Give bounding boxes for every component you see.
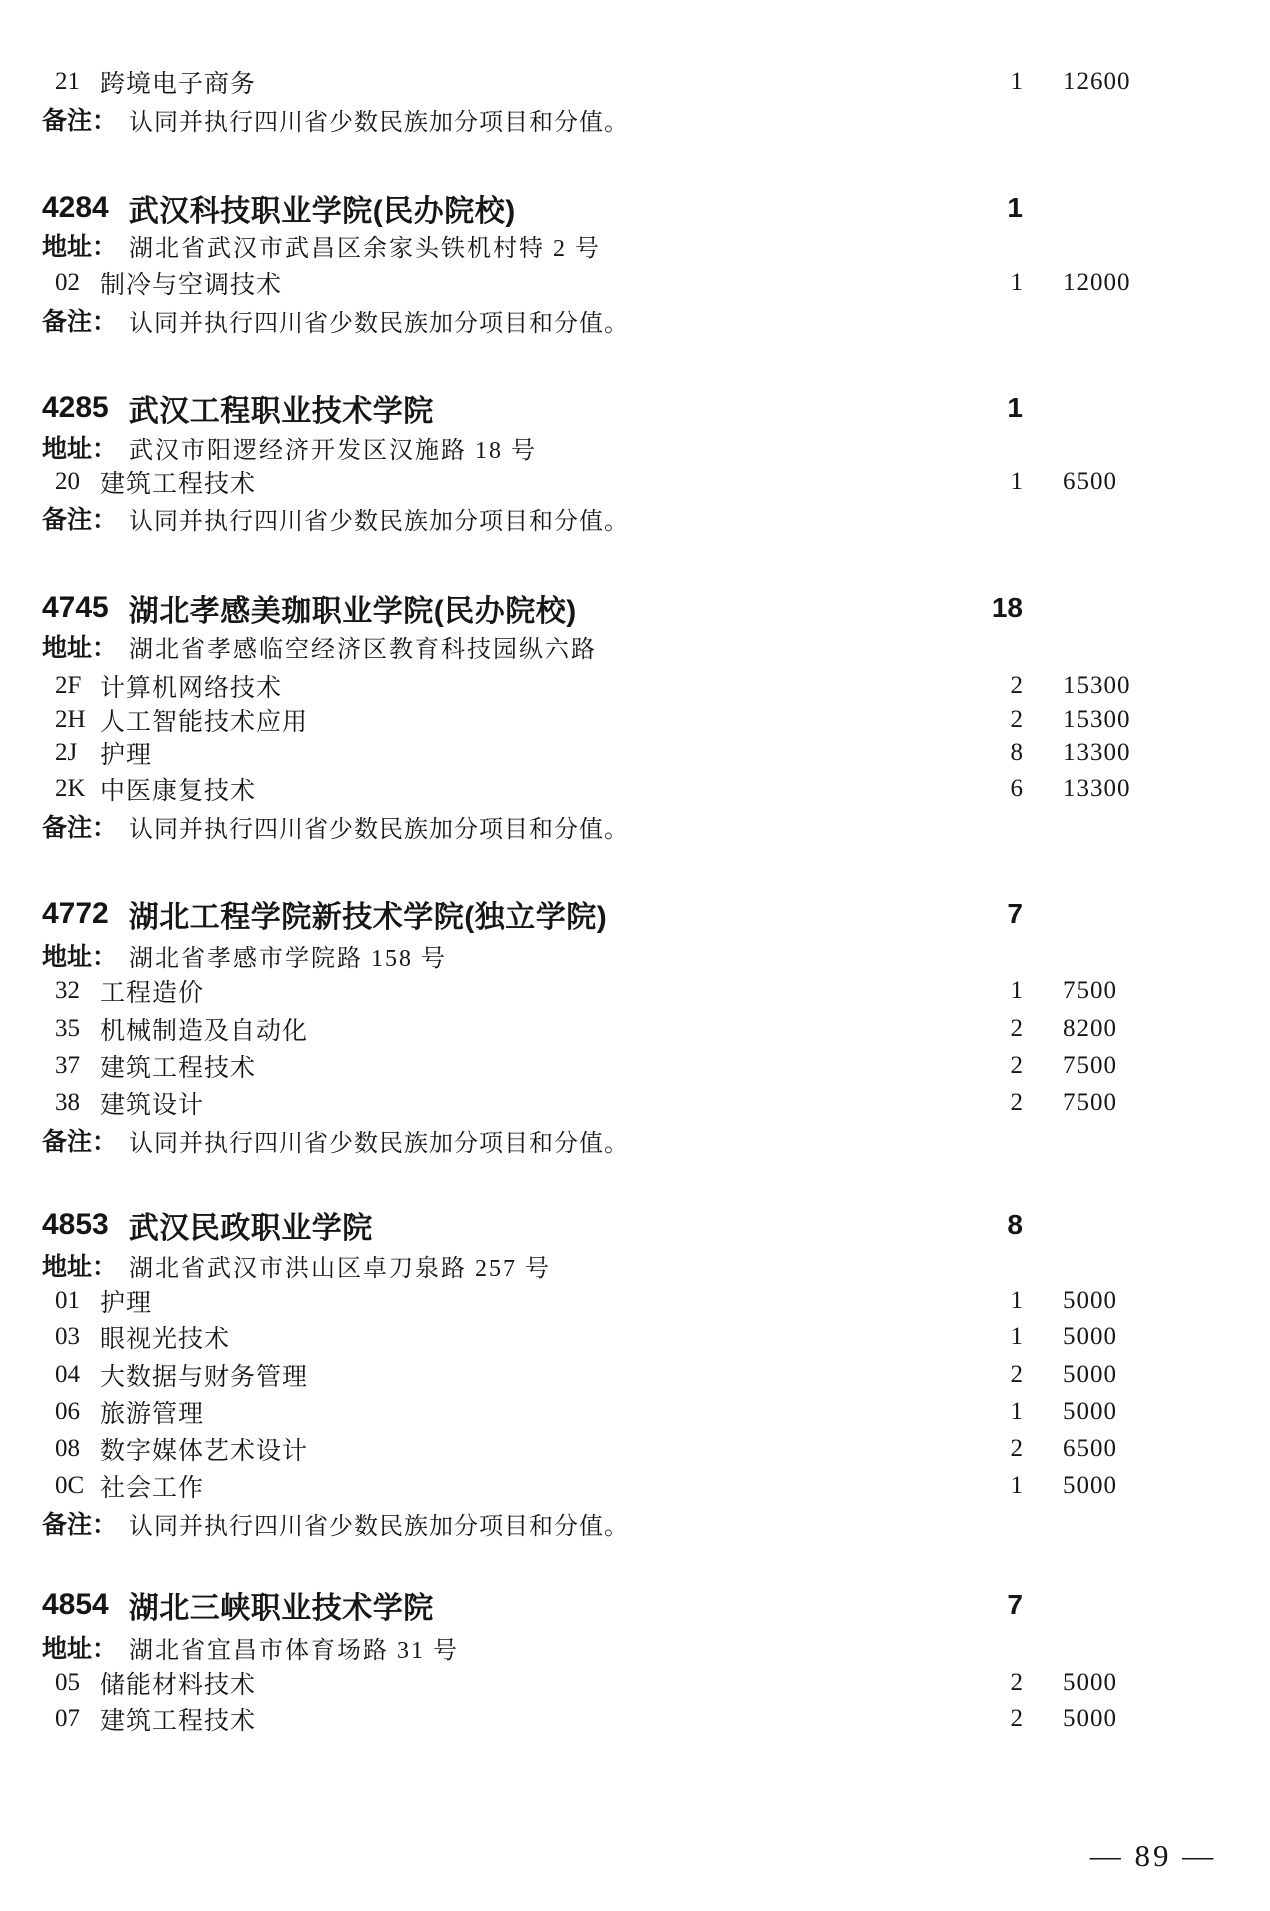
- program-count: 2: [955, 1015, 1023, 1043]
- program-code: 38: [55, 1089, 87, 1117]
- program-row: 2H 人工智能技术应用 2 15300: [0, 703, 1270, 737]
- address-value: 湖北省宜昌市体育场路 31 号: [129, 1630, 459, 1665]
- program-fee: 7500: [1063, 1089, 1117, 1117]
- section-header: 4284 武汉科技职业学院(民办院校) 1: [0, 189, 1270, 227]
- program-count: 8: [955, 739, 1023, 767]
- program-code: 02: [55, 269, 87, 297]
- program-row: 32 工程造价 1 7500: [0, 974, 1270, 1008]
- school-code: 4854: [42, 1588, 109, 1622]
- program-code: 35: [55, 1015, 87, 1043]
- program-code: 32: [55, 977, 87, 1005]
- program-fee: 12000: [1063, 269, 1131, 297]
- section-count: 8: [955, 1209, 1023, 1241]
- school-name: 湖北工程学院新技术学院(独立学院): [129, 892, 607, 936]
- program-count: 1: [955, 269, 1023, 297]
- program-name: 制冷与空调技术: [100, 265, 282, 301]
- program-name: 建筑工程技术: [100, 1701, 256, 1737]
- address-row: 地址： 湖北省孝感市学院路 158 号: [0, 938, 1270, 972]
- address-value: 湖北省武汉市武昌区余家头铁机村特 2 号: [129, 228, 601, 263]
- note-value: 认同并执行四川省少数民族加分项目和分值。: [129, 303, 629, 338]
- school-name: 武汉科技职业学院(民办院校): [129, 186, 516, 230]
- program-code: 20: [55, 468, 87, 496]
- address-row: 地址： 湖北省宜昌市体育场路 31 号: [0, 1630, 1270, 1664]
- note-label: 备注：: [42, 101, 117, 137]
- address-label: 地址：: [42, 937, 117, 973]
- section-count: 18: [955, 592, 1023, 624]
- program-name: 工程造价: [100, 973, 204, 1009]
- address-value: 湖北省武汉市洪山区卓刀泉路 257 号: [129, 1248, 551, 1283]
- program-name: 建筑工程技术: [100, 1048, 256, 1084]
- program-row: 07 建筑工程技术 2 5000: [0, 1702, 1270, 1736]
- note-label: 备注：: [42, 1122, 117, 1158]
- program-code: 06: [55, 1398, 87, 1426]
- program-row: 35 机械制造及自动化 2 8200: [0, 1012, 1270, 1046]
- note-row: 备注： 认同并执行四川省少数民族加分项目和分值。: [0, 501, 1270, 535]
- program-code: 37: [55, 1052, 87, 1080]
- program-fee: 13300: [1063, 775, 1131, 803]
- program-count: 2: [955, 1705, 1023, 1733]
- note-value: 认同并执行四川省少数民族加分项目和分值。: [129, 501, 629, 536]
- note-label: 备注：: [42, 808, 117, 844]
- program-row: 06 旅游管理 1 5000: [0, 1395, 1270, 1429]
- program-name: 中医康复技术: [100, 771, 256, 807]
- program-row: 2K 中医康复技术 6 13300: [0, 772, 1270, 806]
- address-row: 地址： 湖北省孝感临空经济区教育科技园纵六路: [0, 629, 1270, 663]
- note-label: 备注：: [42, 1505, 117, 1541]
- program-name: 储能材料技术: [100, 1665, 256, 1701]
- school-code: 4285: [42, 391, 109, 425]
- program-count: 2: [955, 1089, 1023, 1117]
- page-number: — 89 —: [1068, 1838, 1238, 1874]
- program-name: 眼视光技术: [100, 1319, 230, 1355]
- program-code: 04: [55, 1361, 87, 1389]
- address-label: 地址：: [42, 1629, 117, 1665]
- section-header: 4285 武汉工程职业技术学院 1: [0, 389, 1270, 427]
- program-count: 1: [955, 1323, 1023, 1351]
- program-name: 机械制造及自动化: [100, 1011, 308, 1047]
- program-name: 跨境电子商务: [100, 64, 256, 100]
- program-row: 08 数字媒体艺术设计 2 6500: [0, 1432, 1270, 1466]
- program-row: 2F 计算机网络技术 2 15300: [0, 669, 1270, 703]
- program-count: 1: [955, 68, 1023, 96]
- program-row: 2J 护理 8 13300: [0, 736, 1270, 770]
- school-code: 4853: [42, 1208, 109, 1242]
- school-name: 湖北三峡职业技术学院: [129, 1583, 434, 1627]
- program-fee: 6500: [1063, 1435, 1117, 1463]
- program-name: 社会工作: [100, 1468, 204, 1504]
- section-count: 1: [955, 392, 1023, 424]
- program-row: 20 建筑工程技术 1 6500: [0, 465, 1270, 499]
- program-name: 旅游管理: [100, 1394, 204, 1430]
- address-value: 湖北省孝感市学院路 158 号: [129, 938, 447, 973]
- program-name: 护理: [100, 1283, 152, 1319]
- school-code: 4772: [42, 897, 109, 931]
- note-row: 备注： 认同并执行四川省少数民族加分项目和分值。: [0, 809, 1270, 843]
- section-header: 4745 湖北孝感美珈职业学院(民办院校) 18: [0, 589, 1270, 627]
- program-fee: 5000: [1063, 1398, 1117, 1426]
- program-name: 护理: [100, 735, 152, 771]
- section-header: 4853 武汉民政职业学院 8: [0, 1206, 1270, 1244]
- document-page: 21 跨境电子商务 1 12600 备注： 认同并执行四川省少数民族加分项目和分…: [0, 0, 1270, 1911]
- program-fee: 7500: [1063, 977, 1117, 1005]
- program-fee: 6500: [1063, 468, 1117, 496]
- program-name: 数字媒体艺术设计: [100, 1431, 308, 1467]
- program-name: 建筑设计: [100, 1085, 204, 1121]
- program-fee: 5000: [1063, 1669, 1117, 1697]
- program-name: 建筑工程技术: [100, 464, 256, 500]
- program-row: 38 建筑设计 2 7500: [0, 1086, 1270, 1120]
- program-code: 2F: [55, 672, 87, 700]
- program-count: 1: [955, 977, 1023, 1005]
- address-row: 地址： 湖北省武汉市洪山区卓刀泉路 257 号: [0, 1248, 1270, 1282]
- program-fee: 5000: [1063, 1705, 1117, 1733]
- address-label: 地址：: [42, 429, 117, 465]
- program-count: 1: [955, 1472, 1023, 1500]
- note-row: 备注： 认同并执行四川省少数民族加分项目和分值。: [0, 303, 1270, 337]
- note-value: 认同并执行四川省少数民族加分项目和分值。: [129, 102, 629, 137]
- program-fee: 5000: [1063, 1323, 1117, 1351]
- section-header: 4854 湖北三峡职业技术学院 7: [0, 1586, 1270, 1624]
- program-fee: 5000: [1063, 1472, 1117, 1500]
- address-row: 地址： 湖北省武汉市武昌区余家头铁机村特 2 号: [0, 228, 1270, 262]
- program-name: 大数据与财务管理: [100, 1357, 308, 1393]
- note-value: 认同并执行四川省少数民族加分项目和分值。: [129, 1506, 629, 1541]
- note-value: 认同并执行四川省少数民族加分项目和分值。: [129, 809, 629, 844]
- program-count: 2: [955, 1361, 1023, 1389]
- note-row: 备注： 认同并执行四川省少数民族加分项目和分值。: [0, 1506, 1270, 1540]
- program-fee: 5000: [1063, 1361, 1117, 1389]
- program-count: 2: [955, 1052, 1023, 1080]
- school-name: 武汉工程职业技术学院: [129, 386, 434, 430]
- program-row: 05 储能材料技术 2 5000: [0, 1666, 1270, 1700]
- program-fee: 15300: [1063, 672, 1131, 700]
- note-row: 备注： 认同并执行四川省少数民族加分项目和分值。: [0, 102, 1270, 136]
- program-name: 计算机网络技术: [100, 668, 282, 704]
- section-header: 4772 湖北工程学院新技术学院(独立学院) 7: [0, 895, 1270, 933]
- program-count: 2: [955, 1669, 1023, 1697]
- program-count: 2: [955, 1435, 1023, 1463]
- note-row: 备注： 认同并执行四川省少数民族加分项目和分值。: [0, 1123, 1270, 1157]
- program-count: 1: [955, 1398, 1023, 1426]
- address-value: 武汉市阳逻经济开发区汉施路 18 号: [129, 430, 537, 465]
- program-name: 人工智能技术应用: [100, 702, 308, 738]
- program-code: 2K: [55, 775, 87, 803]
- program-count: 6: [955, 775, 1023, 803]
- program-row: 21 跨境电子商务 1 12600: [0, 65, 1270, 99]
- note-value: 认同并执行四川省少数民族加分项目和分值。: [129, 1123, 629, 1158]
- program-count: 2: [955, 706, 1023, 734]
- program-row: 01 护理 1 5000: [0, 1284, 1270, 1318]
- program-count: 1: [955, 1287, 1023, 1315]
- program-code: 03: [55, 1323, 87, 1351]
- program-row: 0C 社会工作 1 5000: [0, 1469, 1270, 1503]
- section-count: 1: [955, 192, 1023, 224]
- program-row: 37 建筑工程技术 2 7500: [0, 1049, 1270, 1083]
- address-label: 地址：: [42, 628, 117, 664]
- program-code: 07: [55, 1705, 87, 1733]
- program-count: 1: [955, 468, 1023, 496]
- program-row: 04 大数据与财务管理 2 5000: [0, 1358, 1270, 1392]
- address-label: 地址：: [42, 1247, 117, 1283]
- program-fee: 8200: [1063, 1015, 1117, 1043]
- program-fee: 5000: [1063, 1287, 1117, 1315]
- program-count: 2: [955, 672, 1023, 700]
- program-fee: 12600: [1063, 68, 1131, 96]
- program-code: 2H: [55, 706, 87, 734]
- school-code: 4284: [42, 191, 109, 225]
- program-code: 21: [55, 68, 87, 96]
- program-fee: 15300: [1063, 706, 1131, 734]
- section-count: 7: [955, 1589, 1023, 1621]
- address-label: 地址：: [42, 227, 117, 263]
- program-row: 03 眼视光技术 1 5000: [0, 1320, 1270, 1354]
- note-label: 备注：: [42, 500, 117, 536]
- program-code: 0C: [55, 1472, 87, 1500]
- school-name: 武汉民政职业学院: [129, 1203, 373, 1247]
- school-code: 4745: [42, 591, 109, 625]
- note-label: 备注：: [42, 302, 117, 338]
- section-count: 7: [955, 898, 1023, 930]
- program-code: 01: [55, 1287, 87, 1315]
- program-code: 08: [55, 1435, 87, 1463]
- address-row: 地址： 武汉市阳逻经济开发区汉施路 18 号: [0, 430, 1270, 464]
- program-code: 05: [55, 1669, 87, 1697]
- program-row: 02 制冷与空调技术 1 12000: [0, 266, 1270, 300]
- school-name: 湖北孝感美珈职业学院(民办院校): [129, 586, 577, 630]
- address-value: 湖北省孝感临空经济区教育科技园纵六路: [129, 629, 597, 664]
- program-fee: 13300: [1063, 739, 1131, 767]
- program-fee: 7500: [1063, 1052, 1117, 1080]
- program-code: 2J: [55, 739, 87, 767]
